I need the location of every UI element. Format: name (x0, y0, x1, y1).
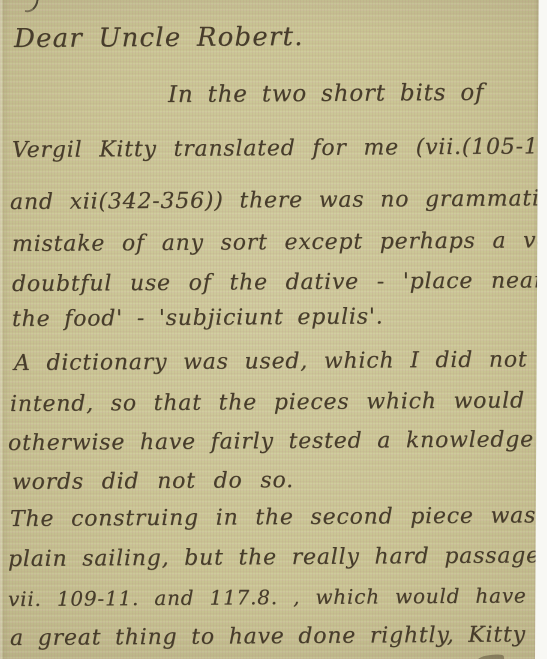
letter-line: A dictionary was used, which I did not (14, 347, 528, 376)
letter-line: otherwise have fairly tested a knowledge… (8, 427, 547, 456)
letter-paper: Dear Uncle Robert. In the two short bits… (0, 0, 547, 659)
letter-line: intend, so that the pieces which would (10, 388, 525, 417)
scanned-letter-page: Dear Uncle Robert. In the two short bits… (0, 0, 547, 659)
letter-line: words did not do so. (12, 468, 294, 495)
letter-line: a great thing to have done rightly, Kitt… (10, 622, 547, 651)
letter-line: Vergil Kitty translated for me (vii.(105… (12, 134, 547, 163)
letter-line: doubtful use of the dative - 'place near (12, 268, 545, 297)
letter-line: vii. 109-11. and 117.8. , which would ha… (8, 583, 547, 611)
letter-line: the food' - 'subjiciunt epulis'. (12, 304, 384, 332)
letter-line: The construing in the second piece was (10, 503, 536, 532)
letter-line-salutation: Dear Uncle Robert. (14, 22, 304, 54)
letter-line: plain sailing, but the really hard passa… (8, 543, 547, 572)
letter-line: mistake of any sort except perhaps a ver… (12, 228, 547, 257)
letter-line: and xii(342-356)) there was no grammatic… (10, 186, 547, 215)
letter-line: In the two short bits of (168, 80, 484, 108)
letter-body: Dear Uncle Robert. In the two short bits… (0, 0, 547, 659)
